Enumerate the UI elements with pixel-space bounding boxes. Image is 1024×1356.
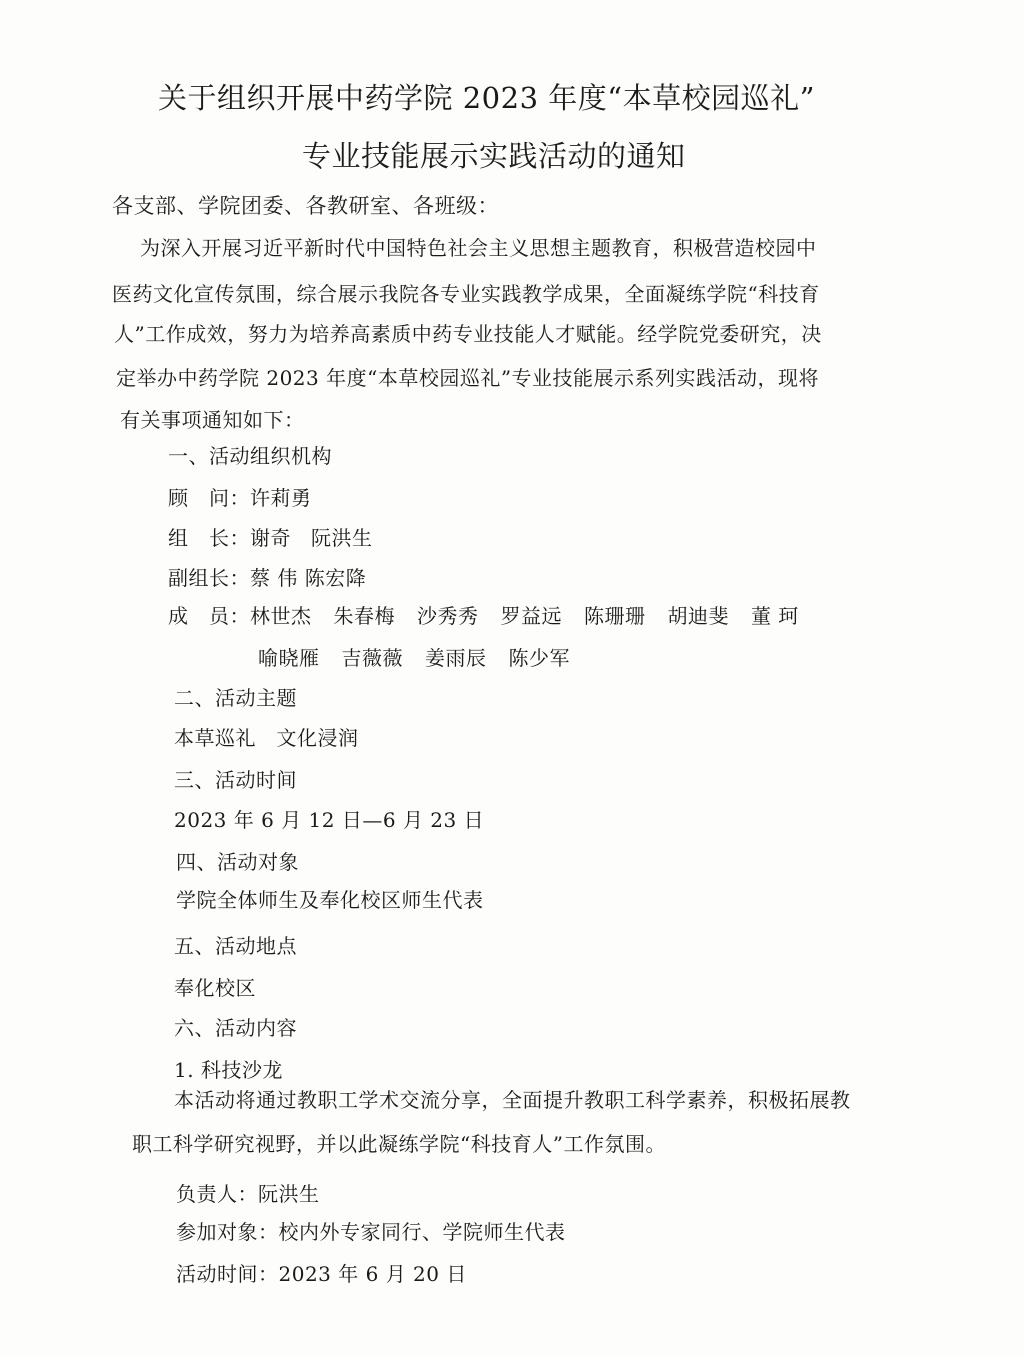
member-name: 沙秀秀	[417, 604, 479, 628]
time-label: 活动时间：	[176, 1262, 279, 1286]
member-name: 喻晓雁	[258, 646, 320, 670]
time-value: 2023 年 6 月 20 日	[279, 1262, 467, 1286]
intro-line-4: 定举办中药学院 2023 年度“本草校园巡礼”专业技能展示系列实践活动，现将	[116, 364, 819, 392]
advisor-label: 顾 问：	[168, 486, 250, 510]
leader-label: 组 长：	[168, 526, 250, 550]
owner-row: 负责人：阮洪生	[176, 1180, 320, 1208]
salutation: 各支部、学院团委、各教研室、各班级：	[112, 192, 499, 220]
title-line-1: 关于组织开展中药学院 2023 年度“本草校园巡礼”	[158, 78, 815, 118]
advisor-name: 许莉勇	[250, 486, 312, 510]
section-6-item-1-title: 1. 科技沙龙	[174, 1056, 283, 1084]
intro-line-2: 医药文化宣传氛围，综合展示我院各专业实践教学成果，全面凝练学院“科技育	[112, 280, 820, 308]
member-name: 董 珂	[751, 604, 799, 628]
section-5-heading: 五、活动地点	[174, 932, 297, 960]
intro-line-5: 有关事项通知如下：	[120, 406, 305, 434]
member-name: 朱春梅	[334, 604, 396, 628]
intro-line-1: 为深入开展习近平新时代中国特色社会主义思想主题教育，积极营造校园中	[140, 234, 817, 262]
members-label: 成 员：	[168, 604, 250, 628]
section-4-content: 学院全体师生及奉化校区师生代表	[176, 886, 484, 914]
members-row-1: 成 员：林世杰朱春梅沙秀秀罗益远陈珊珊胡迪斐董 珂	[168, 602, 821, 630]
section-2-content: 本草巡礼 文化浸润	[174, 724, 359, 752]
time-row: 活动时间：2023 年 6 月 20 日	[176, 1260, 467, 1288]
section-6-item-1-desc-1: 本活动将通过教职工学术交流分享，全面提升教职工科学素养，积极拓展教	[174, 1086, 851, 1114]
member-name: 林世杰	[250, 604, 312, 628]
leader-row: 组 长：谢奇阮洪生	[168, 524, 373, 552]
owner-label: 负责人：	[176, 1182, 258, 1206]
section-4-heading: 四、活动对象	[176, 848, 299, 876]
member-name: 胡迪斐	[668, 604, 730, 628]
section-2-heading: 二、活动主题	[174, 684, 297, 712]
advisor-row: 顾 问：许莉勇	[168, 484, 312, 512]
section-3-heading: 三、活动时间	[174, 766, 297, 794]
section-6-item-1-desc-2: 职工科学研究视野，并以此凝练学院“科技育人”工作氛围。	[132, 1130, 666, 1158]
deputy-name: 蔡 伟	[250, 566, 298, 590]
section-3-content: 2023 年 6 月 12 日—6 月 23 日	[174, 806, 484, 834]
deputy-name: 陈宏降	[305, 566, 367, 590]
member-name: 罗益远	[501, 604, 563, 628]
leader-name: 谢奇	[250, 526, 291, 550]
audience-label: 参加对象：	[176, 1220, 279, 1244]
leader-name: 阮洪生	[311, 526, 373, 550]
title-line-2: 专业技能展示实践活动的通知	[302, 136, 686, 176]
audience-row: 参加对象：校内外专家同行、学院师生代表	[176, 1218, 566, 1246]
section-1-heading: 一、活动组织机构	[168, 442, 332, 470]
intro-line-3: 人”工作成效，努力为培养高素质中药专业技能人才赋能。经学院党委研究，决	[114, 320, 822, 348]
section-5-content: 奉化校区	[174, 974, 256, 1002]
members-row-2: 喻晓雁吉薇薇姜雨辰陈少军	[258, 644, 592, 672]
deputy-row: 副组长：蔡 伟 陈宏降	[168, 564, 366, 592]
member-name: 陈珊珊	[584, 604, 646, 628]
member-name: 陈少军	[509, 646, 571, 670]
member-name: 吉薇薇	[342, 646, 404, 670]
deputy-label: 副组长：	[168, 566, 250, 590]
audience-value: 校内外专家同行、学院师生代表	[279, 1220, 566, 1244]
owner-name: 阮洪生	[258, 1182, 320, 1206]
document-page: 关于组织开展中药学院 2023 年度“本草校园巡礼” 专业技能展示实践活动的通知…	[0, 0, 1024, 1356]
section-6-heading: 六、活动内容	[174, 1014, 297, 1042]
member-name: 姜雨辰	[425, 646, 487, 670]
